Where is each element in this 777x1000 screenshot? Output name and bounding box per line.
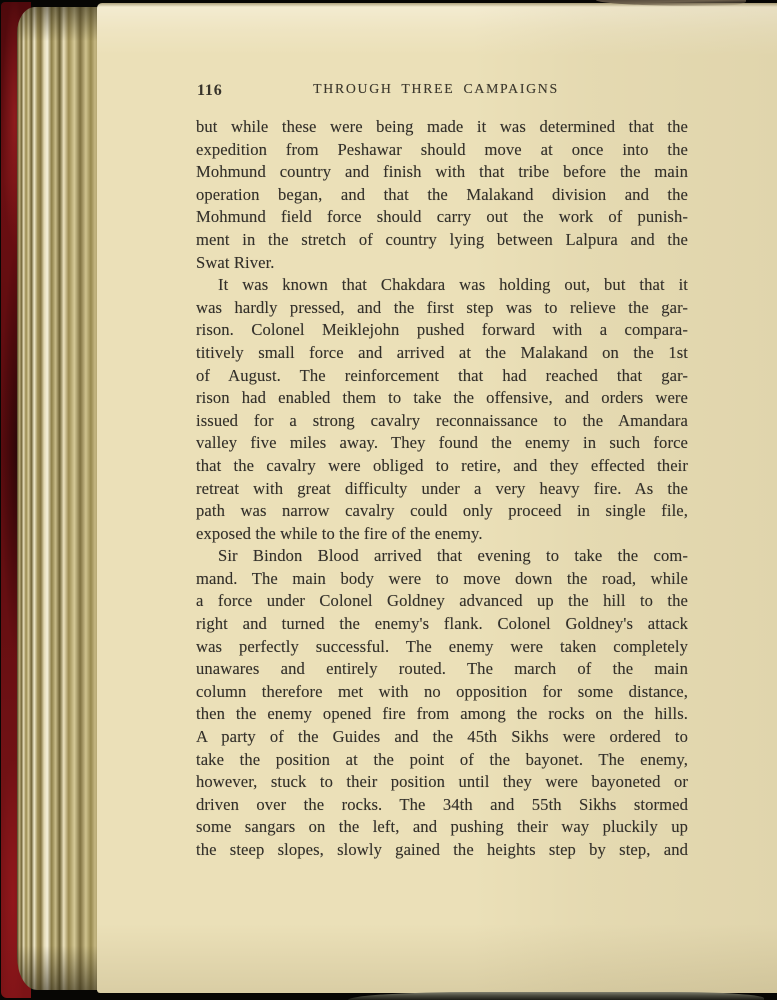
text-line: but while these were being made it was d… (196, 116, 688, 139)
paragraph: It was known that Chakdara was holding o… (196, 274, 688, 545)
paragraph: but while these were being made it was d… (196, 116, 688, 274)
text-line: Mohmund field force should carry out the… (196, 206, 688, 229)
book-photo: 116 THROUGH THREE CAMPAIGNS but while th… (0, 0, 777, 1000)
text-line: A party of the Guides and the 45th Sikhs… (196, 726, 688, 749)
text-line: exposed the while to the fire of the ene… (196, 523, 688, 546)
text-line: It was known that Chakdara was holding o… (196, 274, 688, 297)
text-line: however, stuck to their position until t… (196, 771, 688, 794)
bottom-board-edge (348, 992, 764, 1000)
text-line: titively small force and arrived at the … (196, 342, 688, 365)
text-line: the steep slopes, slowly gained the heig… (196, 839, 688, 862)
page-number: 116 (197, 82, 223, 100)
text-line: ment in the stretch of country lying bet… (196, 229, 688, 252)
book-page: 116 THROUGH THREE CAMPAIGNS but while th… (97, 3, 777, 993)
text-line: valley five miles away. They found the e… (196, 432, 688, 455)
text-line: then the enemy opened fire from among th… (196, 703, 688, 726)
text-line: some sangars on the left, and pushing th… (196, 816, 688, 839)
body-text: but while these were being made it was d… (196, 116, 688, 862)
text-line: of August. The reinforcement that had re… (196, 365, 688, 388)
text-block: 116 THROUGH THREE CAMPAIGNS but while th… (196, 81, 688, 862)
text-line: unawares and entirely routed. The march … (196, 658, 688, 681)
text-line: path was narrow cavalry could only proce… (196, 500, 688, 523)
text-line: column therefore met with no opposition … (196, 681, 688, 704)
text-line: was hardly pressed, and the first step w… (196, 297, 688, 320)
stacked-page-edges (17, 7, 99, 990)
text-line: take the position at the point of the ba… (196, 749, 688, 772)
text-line: rison. Colonel Meiklejohn pushed forward… (196, 319, 688, 342)
running-title: THROUGH THREE CAMPAIGNS (196, 81, 688, 97)
paragraph: Sir Bindon Blood arrived that evening to… (196, 545, 688, 861)
text-line: a force under Colonel Goldney advanced u… (196, 590, 688, 613)
text-line: issued for a strong cavalry reconnaissan… (196, 410, 688, 433)
text-line: that the cavalry were obliged to retire,… (196, 455, 688, 478)
text-line: right and turned the enemy's flank. Colo… (196, 613, 688, 636)
page-header: 116 THROUGH THREE CAMPAIGNS (196, 81, 688, 101)
text-line: Sir Bindon Blood arrived that evening to… (196, 545, 688, 568)
text-line: was perfectly successful. The enemy were… (196, 636, 688, 659)
text-line: mand. The main body were to move down th… (196, 568, 688, 591)
text-line: Mohmund country and finish with that tri… (196, 161, 688, 184)
text-line: rison had enabled them to take the offen… (196, 387, 688, 410)
text-line: expedition from Peshawar should move at … (196, 139, 688, 162)
text-line: Swat River. (196, 252, 688, 275)
text-line: driven over the rocks. The 34th and 55th… (196, 794, 688, 817)
text-line: operation began, and that the Malakand d… (196, 184, 688, 207)
text-line: retreat with great difficulty under a ve… (196, 478, 688, 501)
